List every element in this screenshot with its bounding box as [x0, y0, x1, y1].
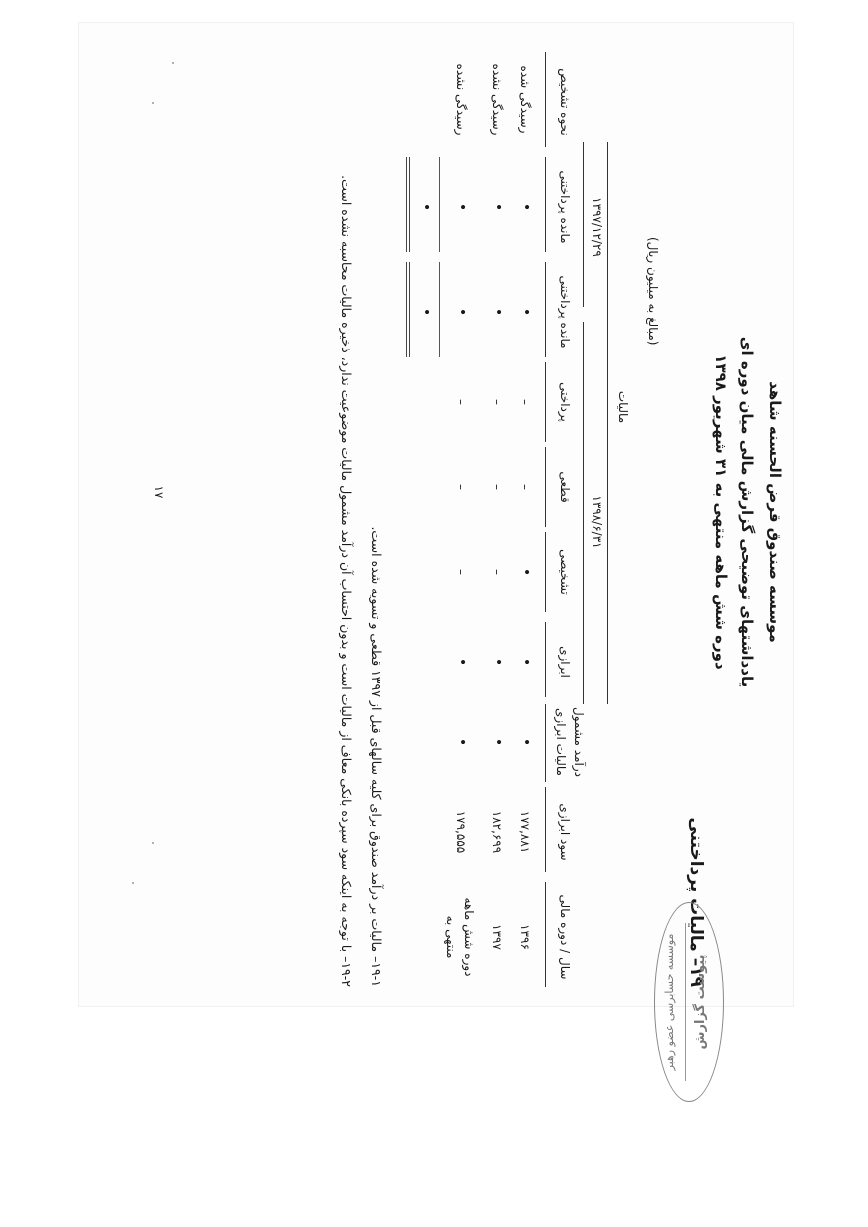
col-header-method: نحوه تشخیص	[558, 57, 572, 147]
rule-group-tax	[607, 322, 608, 704]
row1-method: رسیدگی شده	[518, 52, 532, 147]
scan-speck	[152, 102, 154, 104]
rule-date-current	[583, 322, 584, 704]
row2-balance-current: •	[490, 267, 506, 357]
scan-speck	[152, 842, 154, 844]
row2-final: –	[490, 447, 504, 527]
note-1: ۱۹-۱– مالیات بر درآمد صندوق برای کلیه سا…	[369, 526, 384, 987]
auditor-stamp: موسسه حسابرسی عضو رهبر پیوست گزارش	[654, 902, 724, 1102]
row1-paid: –	[518, 362, 532, 442]
col-header-balance-current: مانده پرداختنی	[558, 267, 572, 357]
rule-h-method	[545, 52, 546, 147]
col-header-taxable-l2: مالیات ابرازی	[554, 702, 568, 782]
tax-group-label: مالیات	[616, 367, 630, 447]
row3-profit: ۱۷۹,۵۵۵	[454, 792, 468, 872]
scan-speck	[132, 882, 134, 884]
amount-unit-note: (مبالغ به میلیون ریال)	[646, 237, 660, 346]
rule-total-cur	[439, 262, 440, 357]
rule-h-declared	[545, 622, 546, 697]
note-2: ۱۹-۲– با توجه به اینکه سود سپرده بانکی م…	[339, 175, 354, 987]
stamp-divider	[685, 923, 686, 1081]
rule-h-bal-cur	[545, 262, 546, 357]
row3-balance-current: •	[454, 267, 470, 357]
row2-assessed: –	[490, 532, 504, 612]
col-header-paid: پرداختی	[558, 362, 572, 442]
col-header-declared: ابرازی	[558, 627, 572, 697]
row2-method: رسیدگی نشده	[490, 52, 504, 147]
col-header-taxable-l1: درآمد مشمول	[572, 702, 586, 782]
row2-profit: ۱۸۲,۶۹۹	[490, 792, 504, 872]
row1-balance-prev: •	[518, 162, 534, 252]
rotated-page-content: موسسه صندوق قرض الحسنه شاهد یادداشتهای ت…	[78, 22, 794, 1007]
report-title: یادداشتهای توضیحی گزارش مالی میان دوره ا…	[738, 322, 756, 702]
rule-h-taxable	[545, 704, 546, 782]
row3-year-l2: منتهی به	[444, 887, 458, 987]
rule-h-year	[545, 882, 546, 987]
stamp-line2: پیوست گزارش	[693, 903, 708, 1101]
row3-balance-prev: •	[454, 162, 470, 252]
row3-assessed: –	[454, 532, 468, 612]
total-balance-current: •	[418, 267, 434, 357]
row2-balance-prev: •	[490, 162, 506, 252]
row2-declared: •	[490, 627, 506, 697]
rule-h-bal-prev	[545, 157, 546, 252]
row3-paid: –	[454, 362, 468, 442]
rule-group-prev	[607, 142, 608, 342]
scan-speck	[172, 62, 174, 64]
col-header-final: قطعی	[558, 447, 572, 527]
row3-final: –	[454, 447, 468, 527]
page-number: ۱۷	[152, 462, 166, 522]
row3-taxable: •	[454, 702, 470, 782]
row2-taxable: •	[490, 702, 506, 782]
rule-h-assessed	[545, 532, 546, 612]
stamp-line1: موسسه حسابرسی عضو رهبر	[663, 903, 676, 1101]
date-current: ۱۳۹۸/۶/۳۱	[590, 462, 604, 582]
rule-h-final	[545, 447, 546, 527]
row1-balance-current: •	[518, 267, 534, 357]
col-header-balance-prev: مانده پرداختنی	[558, 162, 572, 252]
rule-total-prev	[439, 157, 440, 252]
row1-assessed: •	[518, 532, 534, 612]
rule-h-profit	[545, 787, 546, 872]
col-header-profit: سود ابرازی	[558, 792, 572, 872]
row1-taxable: •	[518, 702, 534, 782]
row2-year: ۱۳۹۷	[490, 887, 504, 987]
row3-year-l1: دوره شش ماهه	[462, 887, 476, 987]
row1-profit: ۱۷۷,۸۸۱	[518, 792, 532, 872]
row1-final: –	[518, 447, 532, 527]
org-name: موسسه صندوق قرض الحسنه شاهد	[766, 322, 784, 702]
row3-method: رسیدگی نشده	[454, 52, 468, 147]
rule-date-prev	[583, 142, 584, 307]
total-balance-prev: •	[418, 162, 434, 252]
rule-total-double-prev	[406, 157, 410, 252]
col-header-year: سال / دوره مالی	[558, 887, 572, 987]
date-prev: ۱۳۹۷/۱۲/۲۹	[590, 167, 604, 287]
row3-declared: •	[454, 627, 470, 697]
row1-year: ۱۳۹۶	[518, 887, 532, 987]
row2-paid: –	[490, 362, 504, 442]
report-period: دوره شش ماهه منتهی به ۳۱ شهریور ۱۳۹۸	[712, 322, 730, 702]
rule-total-double-cur	[406, 262, 410, 357]
col-header-assessed: تشخیصی	[558, 532, 572, 612]
rule-h-paid	[545, 362, 546, 442]
row1-declared: •	[518, 627, 534, 697]
